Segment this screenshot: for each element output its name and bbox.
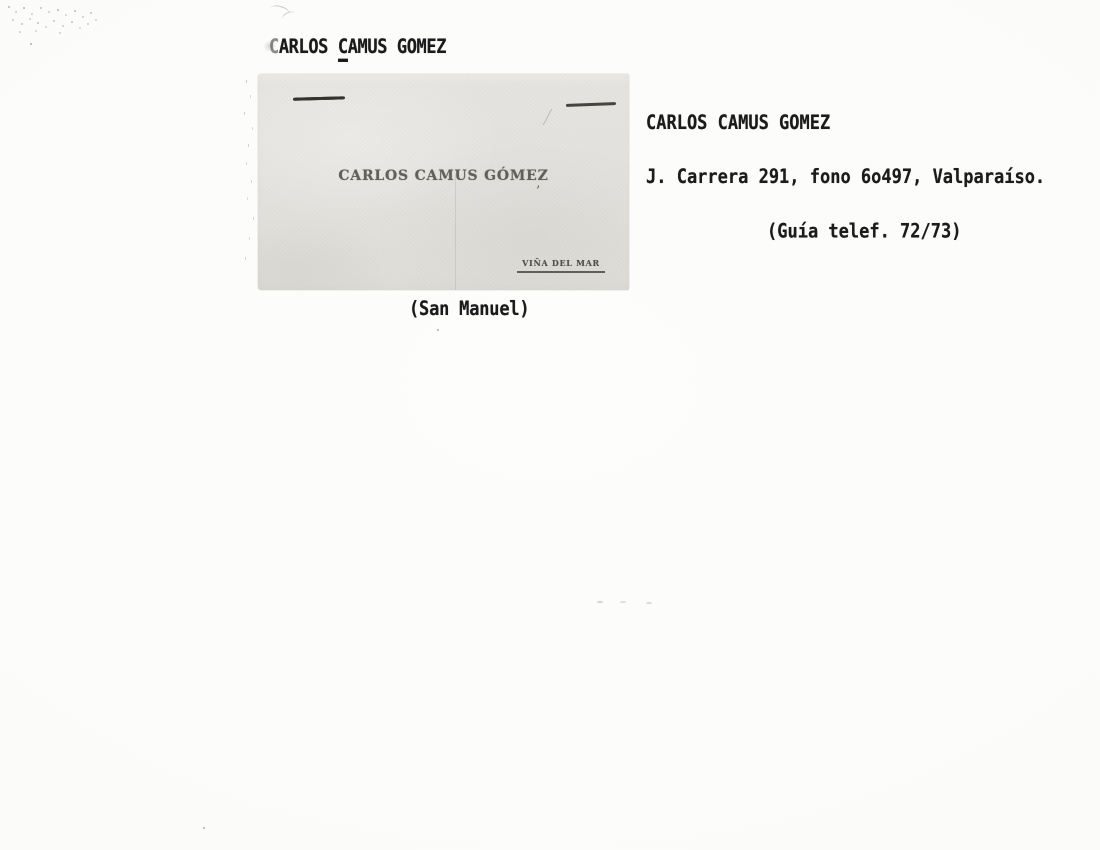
scan-noise-card-edge: [0, 0, 1, 3]
scanned-page: CARLOS CAMUS GOMEZ CARLOS CAMUS GÓMEZ ’ …: [0, 0, 1100, 850]
card-crease: [455, 174, 456, 290]
card-scratch: [543, 109, 552, 125]
heading-text-tail: AMUS GOMEZ: [348, 36, 446, 59]
scan-smudges-mid-page: [597, 601, 603, 603]
scan-speck-caption: [437, 329, 439, 331]
heading-faded-letter: C: [269, 36, 279, 59]
card-stray-mark: ’: [536, 184, 540, 199]
typed-heading: CARLOS CAMUS GOMEZ: [269, 36, 446, 59]
caption-san-manuel: (San Manuel): [409, 298, 529, 321]
typed-annotation: CARLOS CAMUS GOMEZ J. Carrera 291, fono …: [646, 78, 1045, 277]
annotation-line-3: (Guía telef. 72/73): [646, 223, 1045, 241]
right-staple: [566, 102, 616, 106]
business-card: CARLOS CAMUS GÓMEZ ’ VIÑA DEL MAR: [258, 74, 629, 290]
card-name: CARLOS CAMUS GÓMEZ: [258, 168, 629, 184]
annotation-line-1: CARLOS CAMUS GOMEZ: [646, 114, 1045, 132]
scan-speck-bottom: [203, 827, 205, 829]
heading-text: ARLOS: [279, 36, 338, 59]
annotation-line-2: J. Carrera 291, fono 6o497, Valparaíso.: [646, 168, 1045, 186]
left-staple: [294, 96, 345, 100]
card-city: VIÑA DEL MAR: [517, 258, 605, 268]
card-city-underline: [517, 271, 605, 273]
heading-underlined-letter: C: [338, 36, 348, 62]
